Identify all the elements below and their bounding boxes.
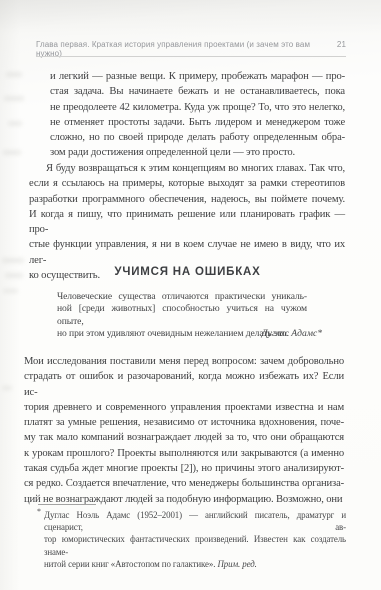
text-line: И когда я пишу, что принимать решение ил… [29,207,345,238]
text-line: ной [среди животных] способностью учитьс… [57,303,307,328]
page-number: 21 [337,40,346,49]
bleed-through-smudge [3,289,18,293]
footnote-line: тор юмористических фантастических произв… [44,533,346,557]
text-line: зом ради достижения определенной цели — … [50,145,345,160]
bleed-through-smudge [5,273,23,278]
text-line: к урокам прошлого? Проекты выполняются и… [24,446,344,461]
footnote-editor-note: Прим. ред. [217,559,256,569]
footnote-rule [38,504,96,505]
text-line: Мои исследования поставили меня перед во… [24,354,344,369]
bleed-through-smudge [4,96,24,101]
text-line: платят за умные решения, независимо от и… [24,415,344,430]
quote-attribution: Дуглас Адамс* [262,328,322,339]
footnote: Дуглас Ноэль Адамс (1952–2001) — английс… [44,509,346,570]
text-line: Человеческие существа отличаются практич… [57,291,307,303]
section-heading: УЧИМСЯ НА ОШИБКАХ [30,266,345,278]
body-paragraph-3: Мои исследования поставили меня перед во… [24,354,344,507]
bleed-through-smudge [6,72,22,77]
body-paragraph-1: и легкий — разные вещи. К примеру, пробе… [50,69,345,161]
text-line: Я буду возвращаться к этим концепциям во… [29,161,345,176]
text-line: такая судьба ждет многие проекты [2]), н… [24,461,344,476]
footnote-line: нитой серии книг «Автостопом по галактик… [44,558,346,570]
bleed-through-smudge [2,386,12,390]
text-line: ся редко. Создается впечатление, что мен… [24,476,344,491]
text-line: страдать от ошибок и разочарований, когд… [24,369,344,400]
text-line: стые функции управления, я ни в коем слу… [29,237,345,268]
book-page-photo: Глава первая. Краткая история управления… [0,0,381,590]
text-line: если я ссылаюсь на примеры, которые выхо… [29,176,345,191]
text-line: тория древнего и современного управления… [24,400,344,415]
page: Глава первая. Краткая история управления… [0,0,381,590]
text-line: стая задача. Вы начинаете бежать и не ос… [50,84,345,99]
text-line: сложно, но по своей природе делать работ… [50,130,345,145]
text-line: и легкий — разные вещи. К примеру, пробе… [50,69,345,84]
bleed-through-smudge [8,121,22,126]
footnote-line: Дуглас Ноэль Адамс (1952–2001) — английс… [44,509,346,533]
header-rule [36,56,346,57]
text-line: не отменяет простоты задачи. Быть лидеро… [50,115,345,130]
text-line: му так мало компаний вознаграждает людей… [24,430,344,445]
text-line: разработки программного обеспечения, над… [29,192,345,207]
text-line: не преодолеете 42 километра. Куда уж про… [50,100,345,115]
bleed-through-smudge [2,258,24,263]
footnote-marker: * [37,507,41,516]
bleed-through-smudge [3,150,21,155]
